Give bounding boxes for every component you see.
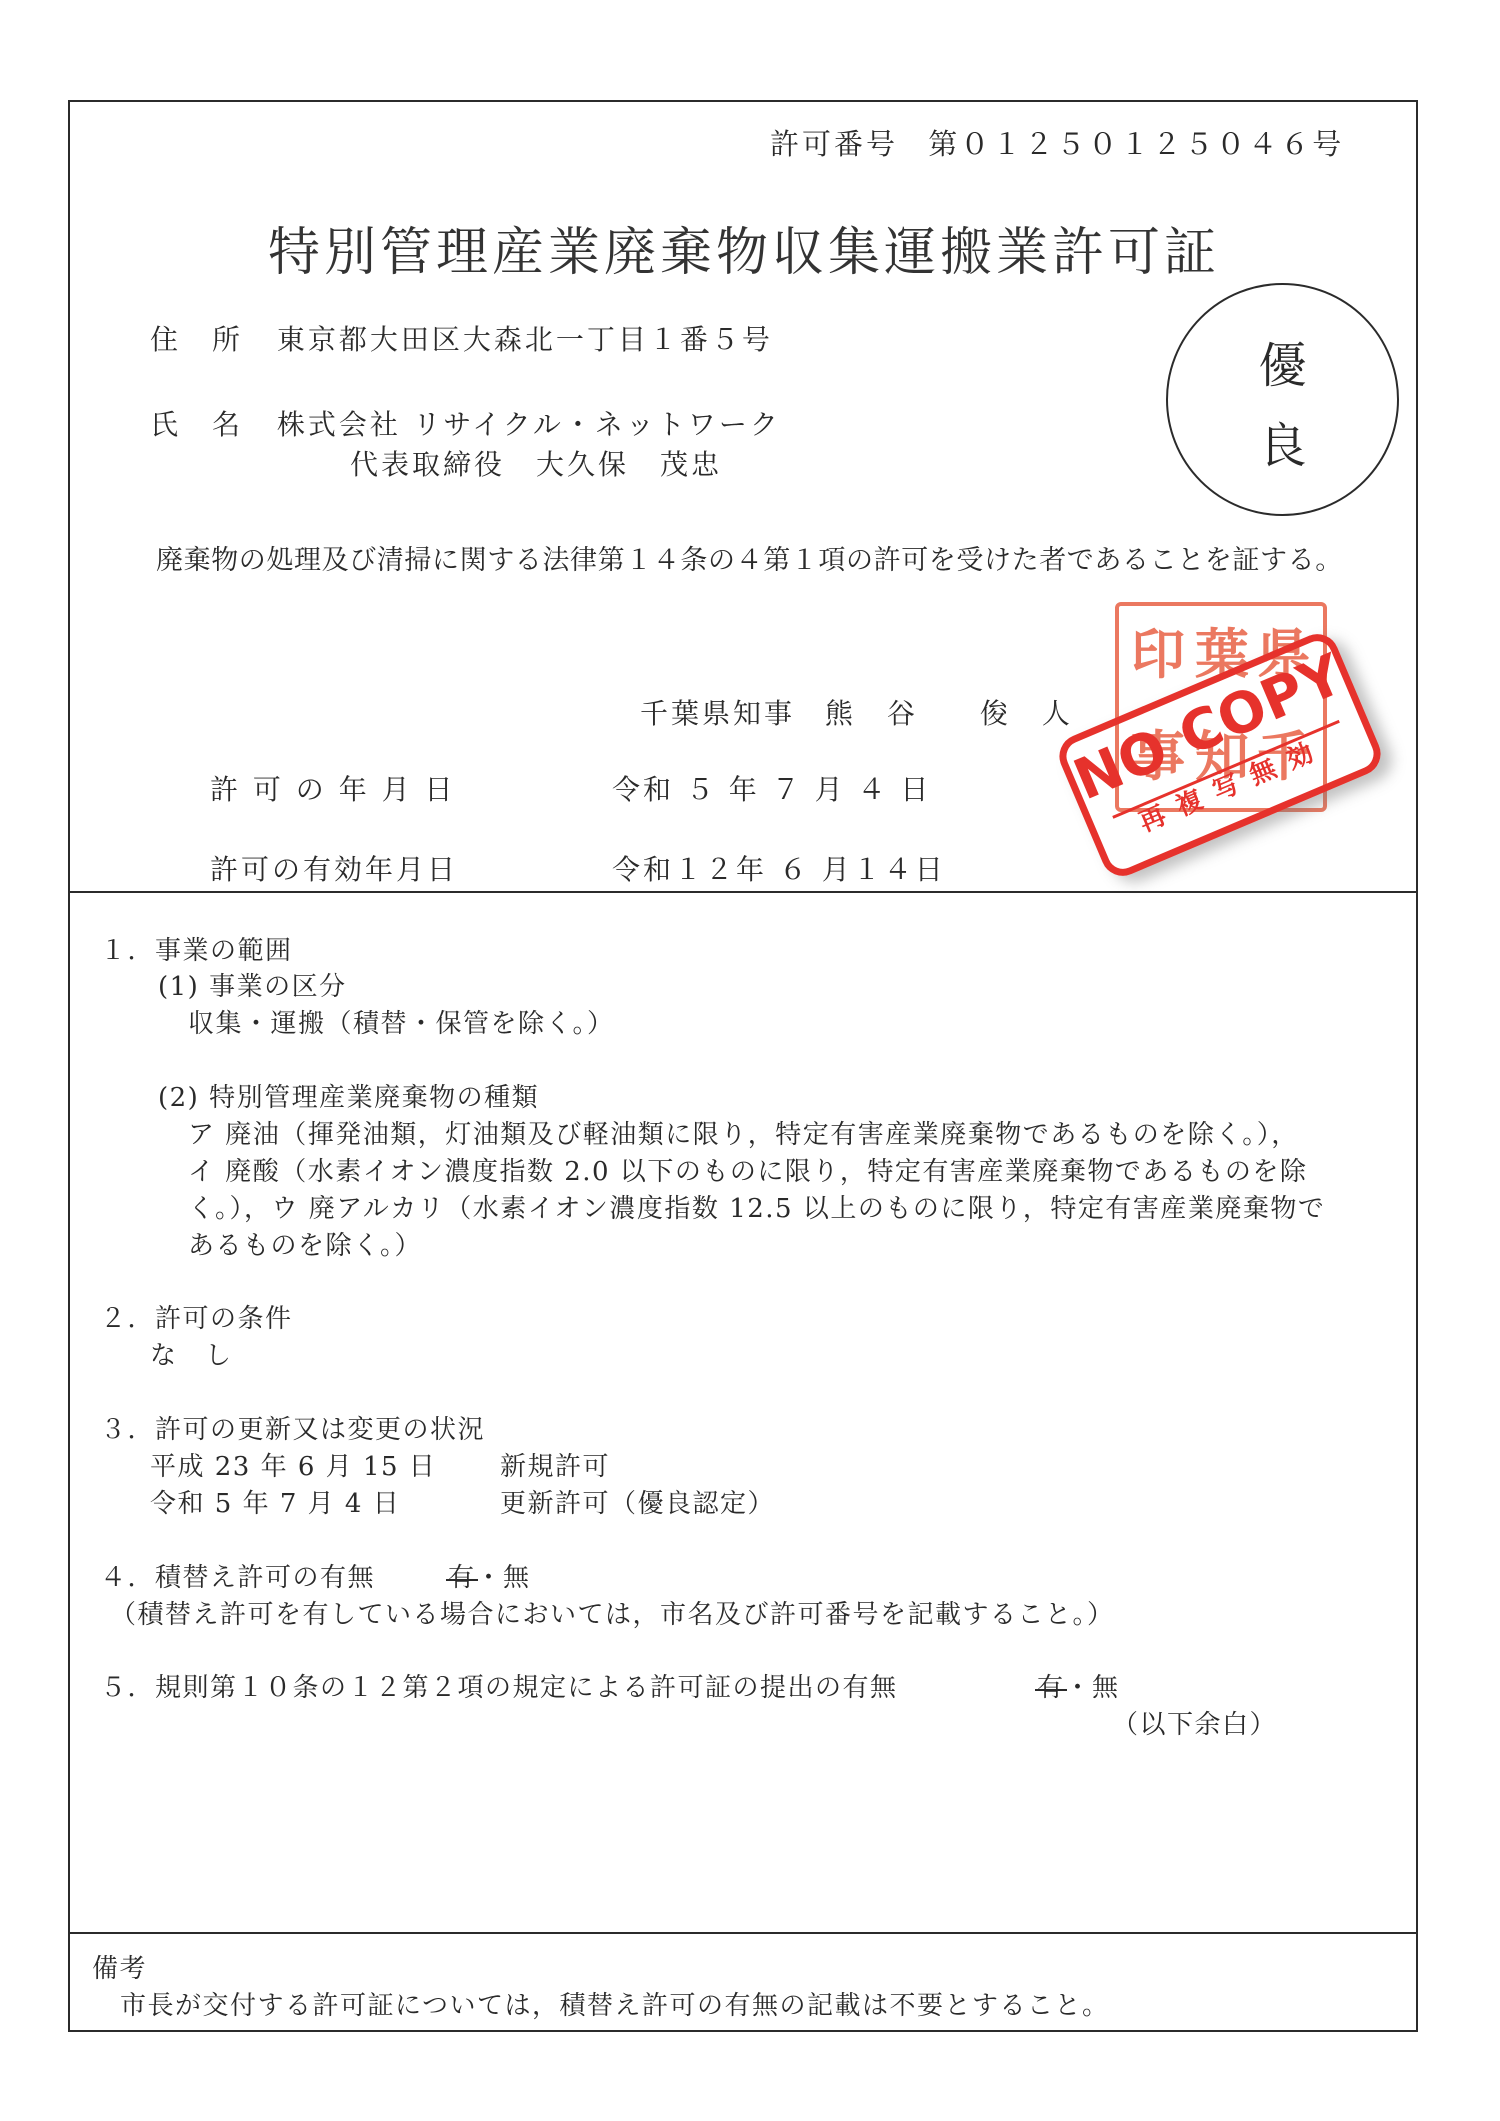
option-no: 無 — [1092, 1673, 1120, 1703]
section-3-heading: ３．許可の更新又は変更の状況 — [100, 1409, 485, 1446]
address-value: 東京都大田区大森北一丁目１番５号 — [277, 323, 773, 356]
seal-char: 印 — [1131, 612, 1185, 689]
waste-type-line: ア 廃油（揮発油類，灯油類及び軽油類に限り，特定有害産業廃棄物であるものを除く。… — [188, 1114, 1299, 1151]
section-1-sub1-text: 収集・運搬（積替・保管を除く。） — [188, 1003, 614, 1040]
option-yes-struck: 有 — [1037, 1673, 1065, 1703]
permit-date-label: 許 可 の 年 月 日 — [210, 768, 456, 808]
section-divider-remarks — [70, 1932, 1416, 1934]
history-status: 更新許可（優良認定） — [500, 1483, 775, 1520]
excellence-char-2: 良 — [1168, 407, 1397, 476]
company-name: 株式会社 リサイクル・ネットワーク — [277, 408, 781, 441]
representative: 代表取締役 大久保 茂忠 — [350, 443, 722, 483]
section-5-options: 有・無 — [1037, 1667, 1120, 1704]
name-label: 氏 名 — [150, 408, 243, 441]
section-5-heading: ５．規則第１０条の１２第２項の規定による許可証の提出の有無 — [100, 1667, 898, 1704]
section-4-heading: ４．積替え許可の有無 — [100, 1557, 375, 1594]
section-1-heading: １．事業の範囲 — [100, 930, 293, 967]
option-yes-struck: 有 — [448, 1563, 476, 1593]
page-title: 特別管理産業廃棄物収集運搬業許可証 — [268, 210, 1220, 285]
issuer-name: 熊 谷 俊 人 — [825, 697, 1073, 730]
history-date: 平成 23 年 6 月 15 日 — [150, 1446, 436, 1483]
expiry-date-value: 令和１２年 ６ 月１４日 — [612, 848, 946, 888]
option-separator: ・ — [476, 1563, 504, 1593]
history-status: 新規許可 — [500, 1446, 610, 1483]
address-label: 住 所 — [150, 323, 243, 356]
section-divider-top — [70, 891, 1416, 893]
excellence-mark: 優 良 — [1166, 283, 1399, 516]
section-4-note: （積替え許可を有している場合においては，市名及び許可番号を記載すること。） — [110, 1594, 1115, 1631]
address-row: 住 所 東京都大田区大森北一丁目１番５号 — [150, 318, 773, 358]
issuer-title: 千葉県知事 — [640, 697, 795, 730]
certification-statement: 廃棄物の処理及び清掃に関する法律第１４条の４第１項の許可を受けた者であることを証… — [156, 538, 1343, 577]
option-no: 無 — [503, 1563, 531, 1593]
permit-number-label: 許可番号 — [770, 127, 898, 161]
waste-type-line: あるものを除く。） — [188, 1225, 422, 1262]
name-row: 氏 名 株式会社 リサイクル・ネットワーク — [150, 403, 781, 443]
expiry-date-label: 許可の有効年月日 — [210, 848, 458, 888]
remarks-heading: 備考 — [92, 1948, 147, 1985]
permit-number-value: 第０１２５０１２５０４６号 — [928, 127, 1344, 161]
section-1-sub1-heading: (1) 事業の区分 — [158, 966, 347, 1003]
section-2-heading: ２．許可の条件 — [100, 1298, 293, 1335]
waste-type-line: イ 廃酸（水素イオン濃度指数 2.0 以下のものに限り，特定有害産業廃棄物である… — [188, 1151, 1307, 1188]
permit-date-value: 令和 ５ 年 ７ 月 ４ 日 — [612, 768, 931, 808]
waste-type-line: く。），ウ 廃アルカリ（水素イオン濃度指数 12.5 以上のものに限り，特定有害… — [188, 1188, 1325, 1225]
end-of-content-note: （以下余白） — [1112, 1704, 1277, 1741]
issuer: 千葉県知事 熊 谷 俊 人 — [640, 692, 1073, 732]
remarks-text: 市長が交付する許可証については，積替え許可の有無の記載は不要とすること。 — [120, 1985, 1109, 2022]
section-1-sub2-heading: (2) 特別管理産業廃棄物の種類 — [158, 1077, 539, 1114]
option-separator: ・ — [1065, 1673, 1093, 1703]
section-4-options: 有・無 — [448, 1557, 531, 1594]
permit-number: 許可番号 第０１２５０１２５０４６号 — [770, 122, 1344, 163]
excellence-char-1: 優 — [1168, 327, 1397, 396]
section-2-text: な し — [150, 1335, 233, 1372]
history-date: 令和 5 年 7 月 4 日 — [150, 1483, 400, 1520]
